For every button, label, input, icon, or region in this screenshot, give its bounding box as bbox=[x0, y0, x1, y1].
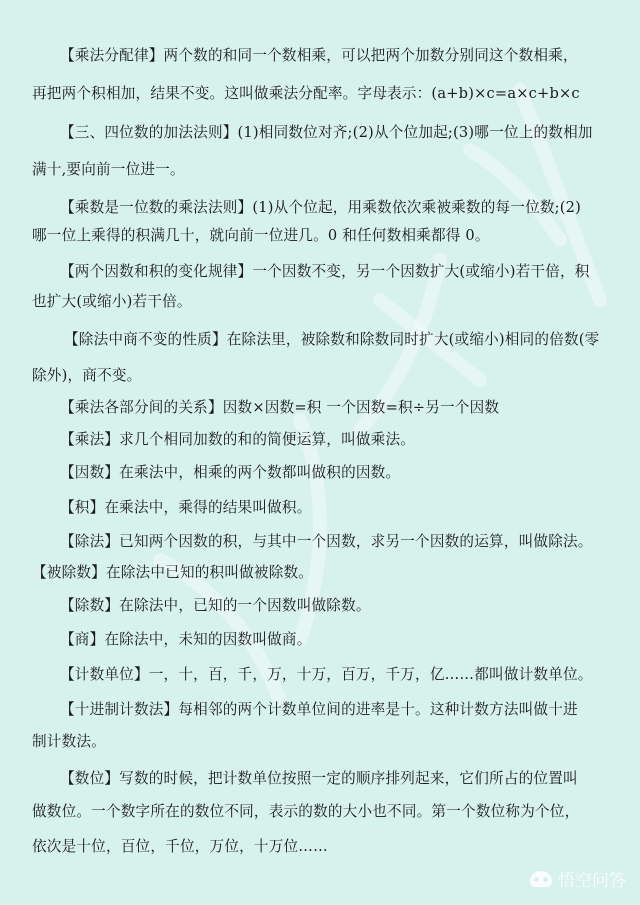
text-line: 【乘法】求几个相同加数的和的简便运算，叫做乘法。 bbox=[60, 431, 415, 449]
text-line: 【乘法各部分间的关系】因数×因数=积 一个因数=积÷另一个因数 bbox=[60, 399, 499, 417]
text-line: 也扩大(或缩小)若干倍。 bbox=[32, 293, 192, 311]
text-line: 依次是十位，百位，千位，万位，十万位…… bbox=[32, 838, 328, 856]
text-line: 【乘数是一位数的乘法法则】(1)从个位起，用乘数依次乘被乘数的每一位数;(2) bbox=[60, 199, 581, 217]
text-line: 满十,要向前一位进一。 bbox=[32, 161, 185, 179]
text-line: 【除法】已知两个因数的积，与其中一个因数，求另一个因数的运算，叫做除法。 bbox=[60, 533, 593, 551]
text-line: 【数位】写数的时候，把计数单位按照一定的顺序排列起来，它们所占的位置叫 bbox=[60, 770, 578, 788]
text-line: 【被除数】在除法中已知的积叫做被除数。 bbox=[32, 564, 313, 582]
wukong-watermark: 悟空问答 bbox=[530, 866, 626, 891]
wukong-logo-icon bbox=[530, 871, 552, 887]
text-line: 【除数】在除法中，已知的一个因数叫做除数。 bbox=[60, 597, 371, 615]
text-line: 【积】在乘法中，乘得的结果叫做积。 bbox=[60, 499, 312, 517]
watermark-text: 悟空问答 bbox=[558, 866, 626, 891]
text-line: 【十进制计数法】每相邻的两个计数单位间的进率是十。这种计数方法叫做十进 bbox=[60, 701, 578, 719]
text-line: 除外)，商不变。 bbox=[32, 367, 141, 385]
text-line: 【两个因数和积的变化规律】一个因数不变，另一个因数扩大(或缩小)若干倍，积 bbox=[60, 263, 590, 281]
text-line: 【因数】在乘法中，相乘的两个数都叫做积的因数。 bbox=[60, 464, 400, 482]
text-line: 【计数单位】一，十，百，千，万，十万，百万，千万，亿……都叫做计数单位。 bbox=[60, 666, 593, 684]
text-line: 做数位。一个数字所在的数位不同，表示的数的大小也不同。第一个数位称为个位， bbox=[32, 803, 579, 821]
text-line: 制计数法。 bbox=[32, 733, 106, 751]
text-line: 【乘法分配律】两个数的和同一个数相乘，可以把两个加数分别同这个数相乘， bbox=[60, 47, 578, 65]
text-line: 【三、四位数的加法法则】(1)相同数位对齐;(2)从个位加起;(3)哪一位上的数… bbox=[60, 124, 593, 142]
text-line: 【除法中商不变的性质】在除法里，被除数和除数同时扩大(或缩小)相同的倍数(零 bbox=[64, 331, 599, 349]
text-line: 【商】在除法中，未知的因数叫做商。 bbox=[60, 631, 312, 649]
text-line: 哪一位上乘得的积满几十，就向前一位进几。0 和任何数相乘都得 0。 bbox=[32, 227, 490, 245]
text-line: 再把两个积相加，结果不变。这叫做乘法分配率。字母表示：(a+b)×c=a×c+b… bbox=[32, 85, 580, 103]
